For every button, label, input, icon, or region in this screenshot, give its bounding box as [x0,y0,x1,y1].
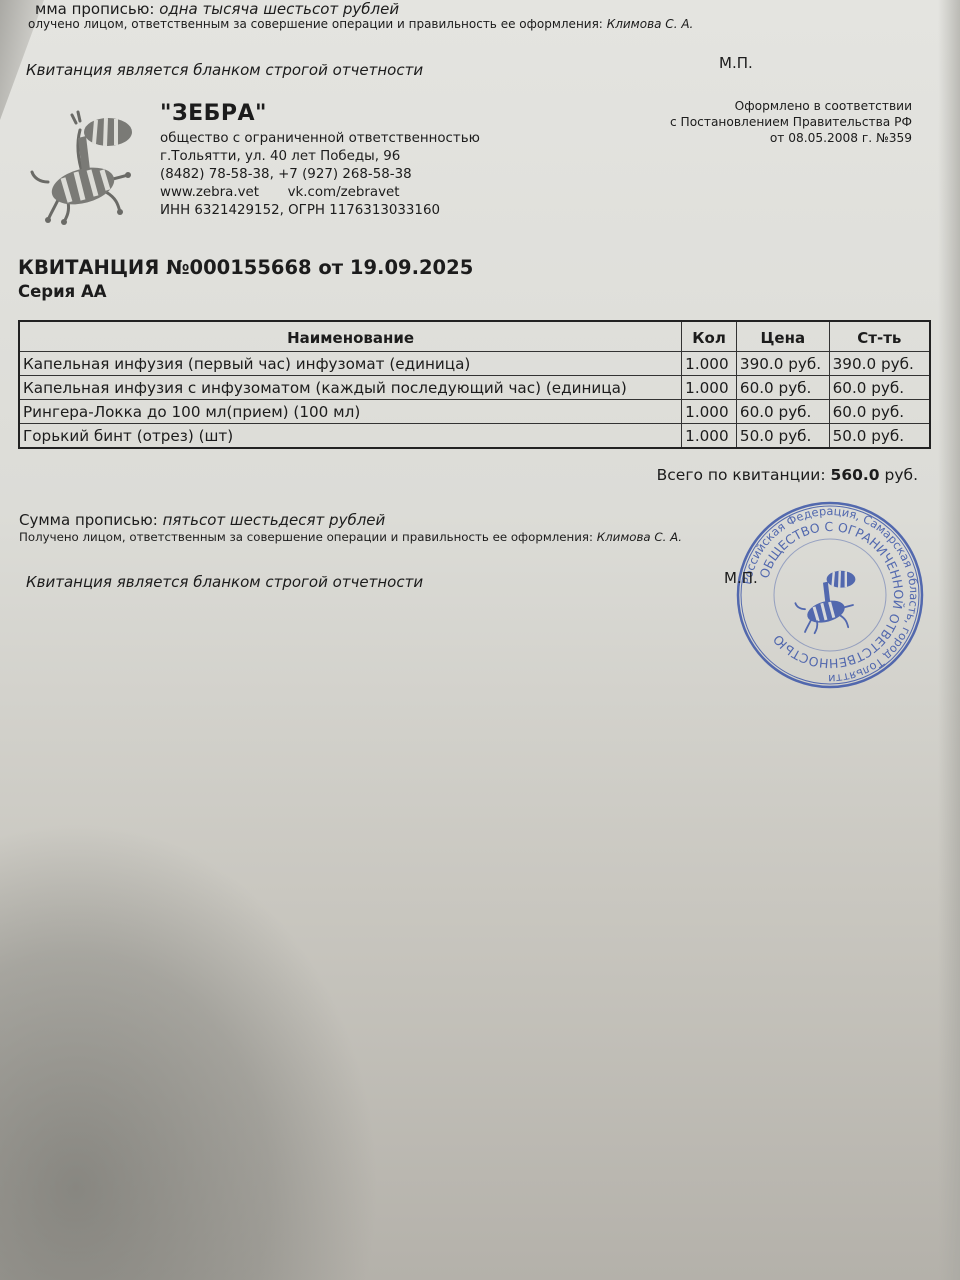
item-price: 60.0 руб. [736,376,829,400]
paper-edge-shadow [938,0,960,1280]
item-name: Капельная инфузия с инфузоматом (каждый … [19,376,682,400]
stamp-inner-text: ОБЩЕСТВО С ОГРАНИЧЕННОЙ ОТВЕТСТВЕННОСТЬЮ [756,519,906,671]
legal-note-line3: от 08.05.2008 г. №359 [770,131,912,145]
item-sum: 390.0 руб. [829,352,930,376]
item-name: Капельная инфузия (первый час) инфузомат… [19,352,682,376]
header-price: Цена [736,321,829,352]
table-row: Горький бинт (отрез) (шт) 1.000 50.0 руб… [19,424,930,449]
receipt-title: КВИТАНЦИЯ №000155668 от 19.09.2025 [18,256,473,279]
item-sum: 60.0 руб. [829,400,930,424]
items-table: Наименование Кол Цена Ст-ть Капельная ин… [18,320,931,449]
prev-received-label: олучено лицом, ответственным за совершен… [28,17,603,31]
legal-note-line1: Оформлено в соответствии [735,99,912,113]
strict-form-note: Квитанция является бланком строгой отчет… [26,573,423,591]
item-qty: 1.000 [682,352,737,376]
prev-sum-label: мма прописью: [35,0,154,18]
legal-note-line2: с Постановлением Правительства РФ [670,115,912,129]
received-by: Получено лицом, ответственным за соверше… [19,530,682,544]
item-sum: 60.0 руб. [829,376,930,400]
company-phones: (8482) 78-58-38, +7 (927) 268-58-38 [160,167,412,182]
item-name: Рингера-Локка до 100 мл(прием) (100 мл) [19,400,682,424]
sum-in-words-value: пятьсот шестьдесят рублей [163,511,386,529]
prev-sum-value: одна тысяча шестьсот рублей [159,0,399,18]
item-price: 390.0 руб. [736,352,829,376]
received-by-label: Получено лицом, ответственным за соверше… [19,530,593,544]
receipt-series: Серия АА [18,282,107,301]
table-row: Капельная инфузия (первый час) инфузомат… [19,352,930,376]
zebra-logo-icon [28,100,148,225]
item-name: Горький бинт (отрез) (шт) [19,424,682,449]
company-social-link: vk.com/zebravet [288,185,400,200]
receipt-total: Всего по квитанции: 560.0 руб. [657,466,918,484]
total-currency: руб. [885,466,919,484]
company-registration: ИНН 6321429152, ОГРН 1176313033160 [160,203,440,218]
item-qty: 1.000 [682,376,737,400]
item-qty: 1.000 [682,400,737,424]
company-name: "ЗЕБРА" [160,101,267,126]
received-by-name: Климова С. А. [597,530,682,544]
company-legal-form: общество с ограниченной ответственностью [160,131,480,146]
table-row: Капельная инфузия с инфузоматом (каждый … [19,376,930,400]
sum-in-words-label: Сумма прописью: [19,511,158,529]
total-value: 560.0 [831,466,880,484]
prev-strict-form-note: Квитанция является бланком строгой отчет… [26,61,423,79]
company-web: www.zebra.vet vk.com/zebravet [160,185,400,200]
sum-in-words: Сумма прописью: пятьсот шестьдесят рубле… [19,511,385,529]
item-sum: 50.0 руб. [829,424,930,449]
header-name: Наименование [19,321,682,352]
company-address: г.Тольятти, ул. 40 лет Победы, 96 [160,149,400,164]
item-qty: 1.000 [682,424,737,449]
prev-received-by: олучено лицом, ответственным за совершен… [28,17,693,31]
item-price: 50.0 руб. [736,424,829,449]
prev-seal-label: М.П. [719,54,753,72]
company-website-link: www.zebra.vet [160,185,259,200]
item-price: 60.0 руб. [736,400,829,424]
seal-label: М.П. [724,569,758,587]
total-label: Всего по квитанции: [657,466,826,484]
company-stamp-icon: Российская Федерация, Самарская область,… [735,500,925,690]
table-header-row: Наименование Кол Цена Ст-ть [19,321,930,352]
header-qty: Кол [682,321,737,352]
table-row: Рингера-Локка до 100 мл(прием) (100 мл) … [19,400,930,424]
svg-text:ОБЩЕСТВО С ОГРАНИЧЕННОЙ ОТВЕТС: ОБЩЕСТВО С ОГРАНИЧЕННОЙ ОТВЕТСТВЕННОСТЬЮ [756,519,906,671]
prev-received-name: Климова С. А. [607,17,694,31]
prev-sum-in-words: мма прописью: одна тысяча шестьсот рубле… [35,0,399,18]
header-sum: Ст-ть [829,321,930,352]
